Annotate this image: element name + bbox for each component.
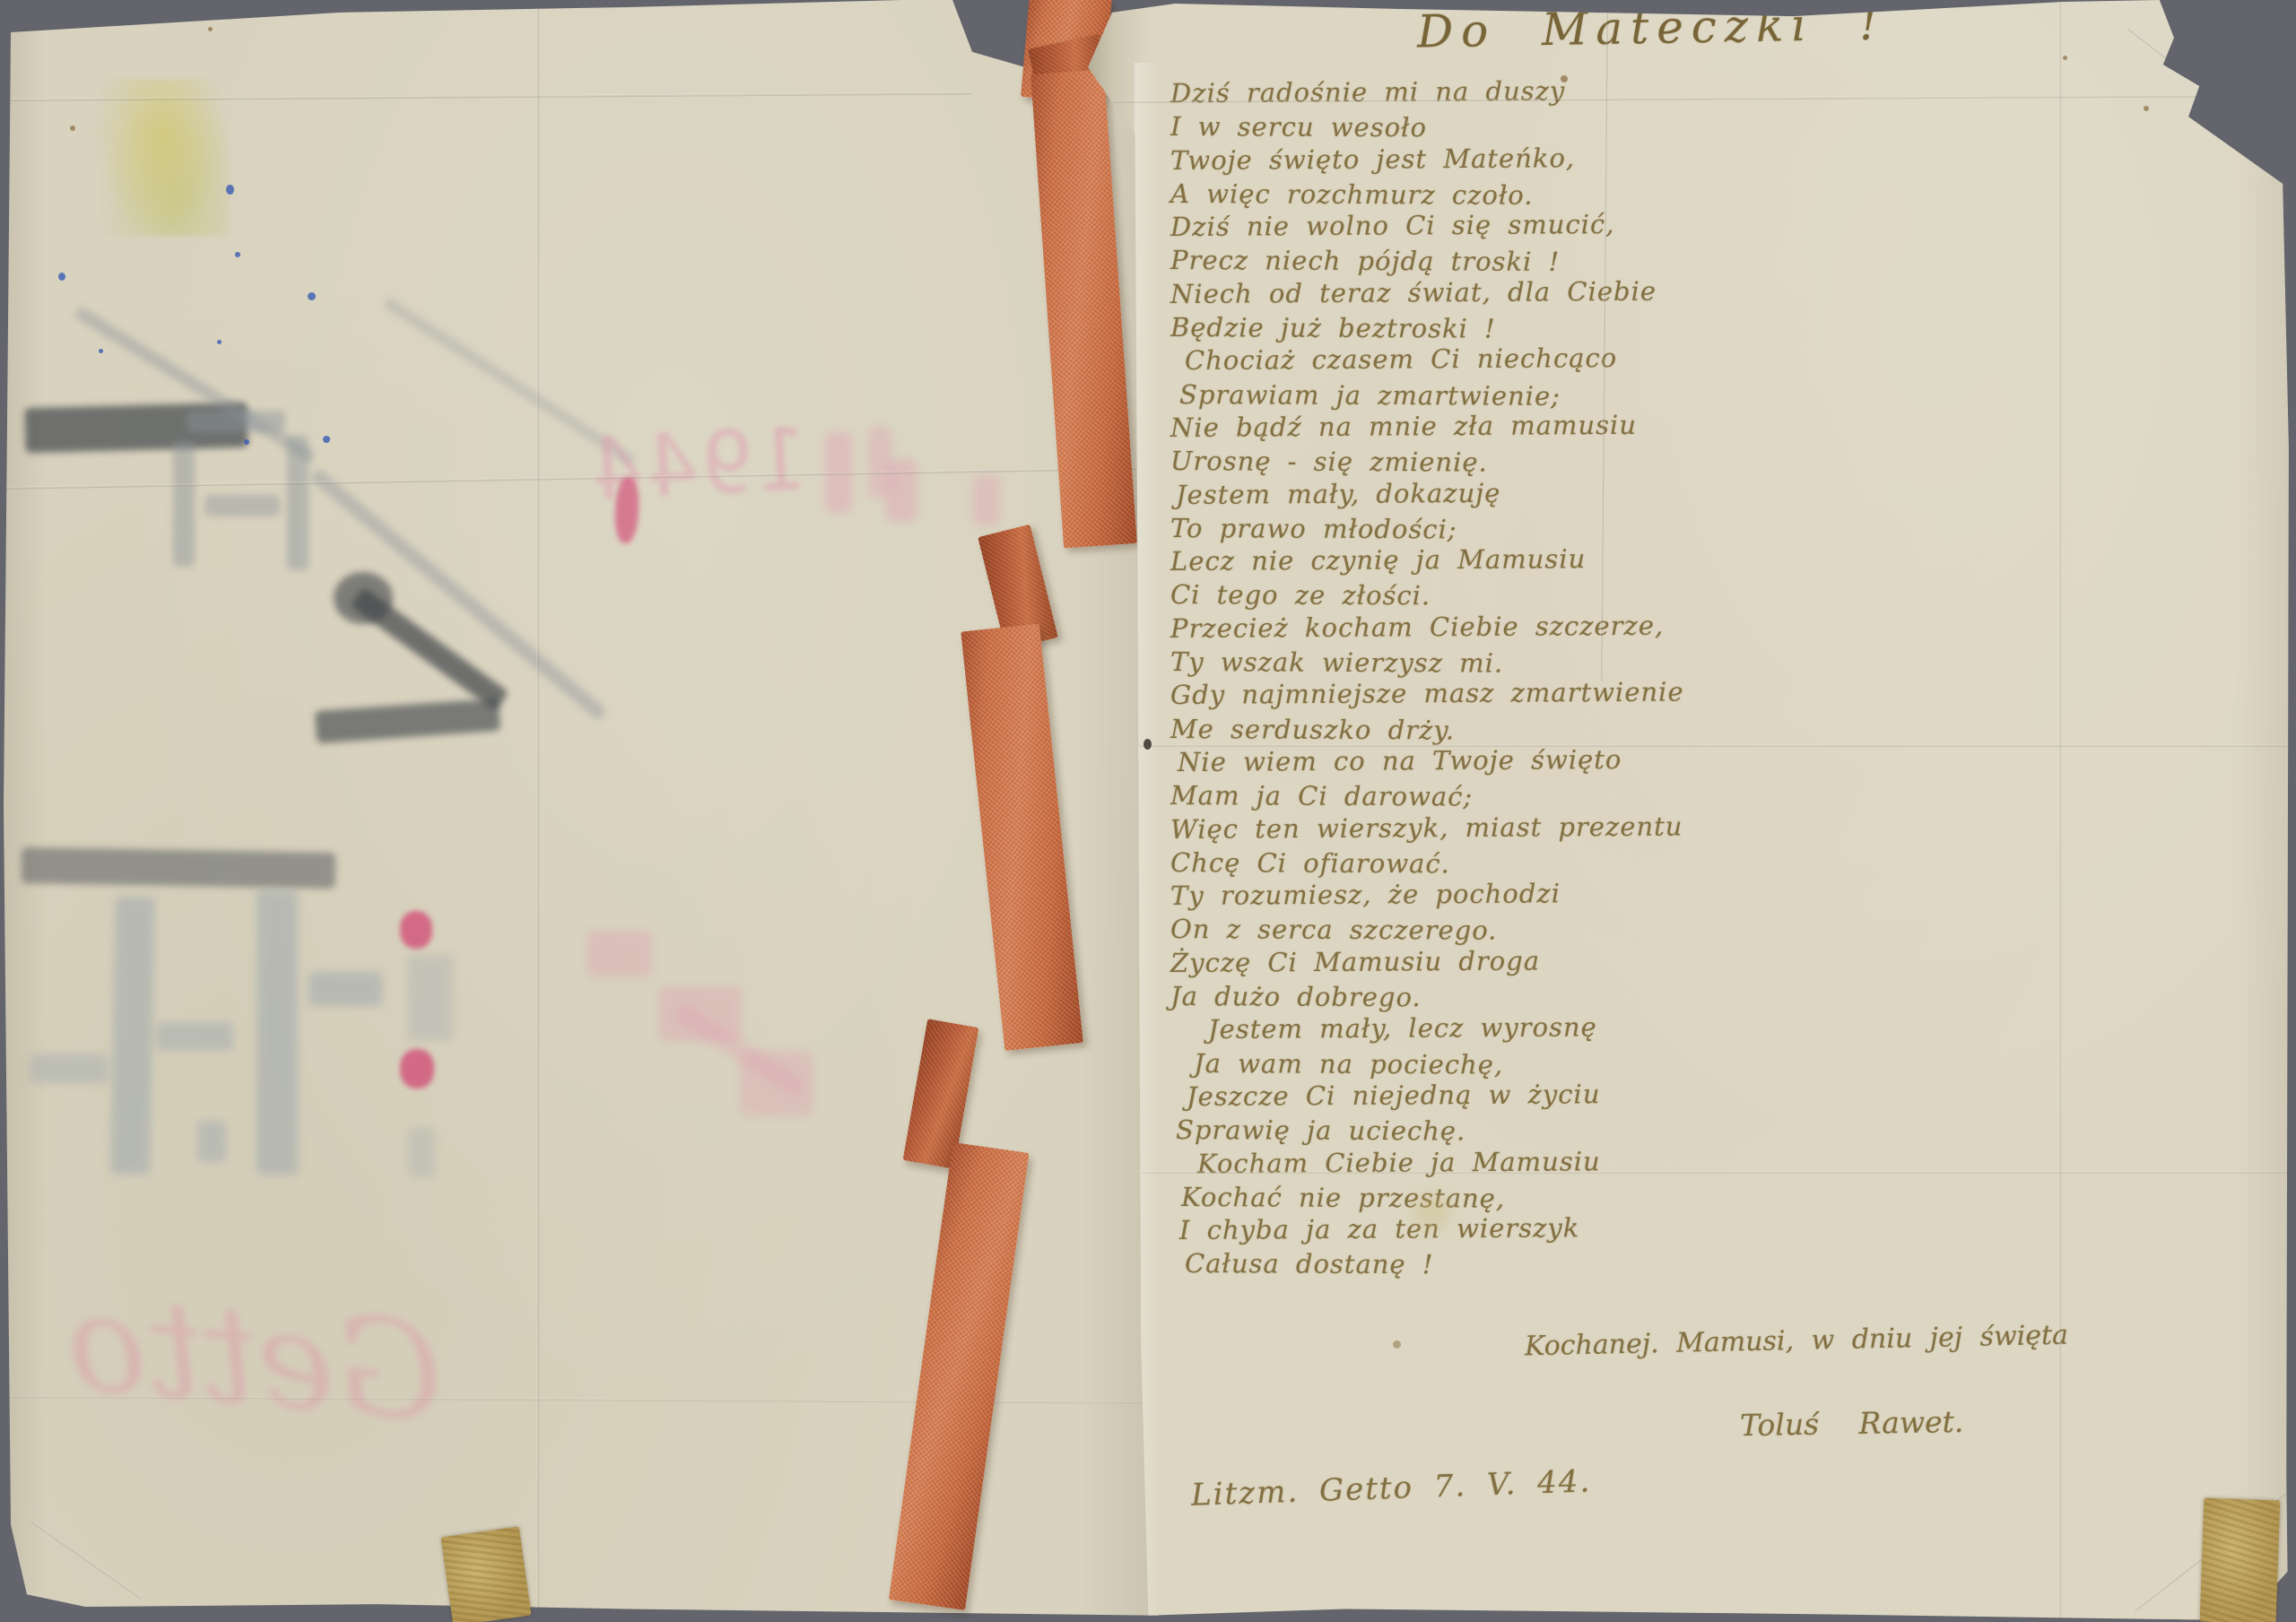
ink-speck (244, 439, 249, 445)
poem-line: Twoje święto jest Mateńko, (1170, 140, 1780, 177)
poem-line: Przecież kocham Ciebie szczerze, (1170, 609, 1780, 646)
yellow-stain (94, 79, 229, 236)
pink-blob (587, 931, 652, 977)
poem-line: Nie bądź na mnie zła mamusiu (1170, 408, 1780, 445)
crimson-dot (400, 1049, 434, 1089)
poem-line: I chyba ja za ten wierszyk (1179, 1210, 1780, 1247)
stencil-bar (156, 1022, 233, 1051)
pink-mark (973, 475, 1000, 525)
poem-line: Jeszcze Ci niejedną w życiu (1187, 1077, 1780, 1114)
right-page: Do Mateczki ! Dziś radośnie mi na duszyI… (1088, 0, 2296, 1622)
stencil-bar (309, 972, 382, 1006)
paper-speck (2063, 56, 2067, 60)
stencil-bar (257, 889, 298, 1175)
ink-speck (58, 273, 65, 281)
poem-line: Jestem mały, dokazuję (1176, 474, 1780, 511)
paper-speck (70, 126, 75, 131)
dateline: Litzm. Getto 7. V. 44. (1190, 1463, 1591, 1514)
poem-line: Chociaż czasem Ci niechcąco (1185, 341, 1780, 377)
ink-speck (235, 252, 240, 257)
ink-speck (226, 185, 234, 195)
sketch-stroke (334, 572, 393, 624)
mirrored-getto-stencil: Getto (67, 1280, 444, 1585)
page-title: Do Mateczki ! (1417, 0, 1886, 58)
poem-line: Nie wiem co na Twoje święto (1178, 742, 1780, 779)
poem-line: Dziś radośnie mi na duszy (1170, 74, 1780, 110)
poem-line: Niech od teraz świat, dla Ciebie (1170, 274, 1780, 311)
ink-speck (323, 436, 330, 443)
sketch-stroke (173, 441, 195, 567)
poem-line: Lecz nie czynię ja Mamusiu (1170, 542, 1780, 578)
sketch-stroke (315, 698, 500, 743)
paper-speck (1561, 75, 1568, 82)
crimson-dot (400, 911, 432, 949)
poem-line: Ty rozumiesz, że pochodzi (1170, 876, 1780, 913)
crease-line (1124, 744, 2296, 747)
stencil-bar (110, 897, 154, 1175)
crease-line (536, 0, 539, 1622)
poem-line: Jestem mały, lecz wyrosnę (1208, 1010, 1780, 1046)
poem-line: Gdy najmniejsze masz zmartwienie (1170, 675, 1780, 712)
stencil-bar (408, 1128, 435, 1177)
sketch-stroke (383, 297, 637, 467)
tape-bottom-left (440, 1526, 531, 1622)
dedication-line: Kochanej. Mamusi, w dniu jej święta (1525, 1320, 2069, 1363)
poem-body: Dziś radośnie mi na duszyI w sercu wesoł… (1170, 77, 1780, 1281)
crimson-stencil-core (613, 476, 640, 543)
paper-speck (208, 27, 213, 31)
sketch-stroke (287, 436, 309, 570)
stencil-bar (408, 955, 453, 1040)
fold-spot (1144, 739, 1152, 750)
pink-mark (886, 459, 917, 522)
paper-speck (1393, 1340, 1401, 1349)
stencil-bar (197, 1121, 226, 1162)
ink-speck (217, 340, 222, 344)
poem-line: Całusa dostanę ! (1185, 1247, 1780, 1283)
signature: Toluś Rawet. (1740, 1404, 1964, 1443)
stencil-bar (30, 1054, 108, 1083)
poem-line: Dziś nie wolno Ci się smucić, (1170, 207, 1780, 244)
poem-line: Kocham Ciebie ja Mamusiu (1197, 1144, 1780, 1181)
stencil-word-text: Getto (61, 1264, 449, 1453)
paper-speck (2144, 106, 2149, 111)
sketch-stroke (187, 411, 285, 432)
ink-speck (99, 349, 103, 353)
crease-line (2058, 0, 2061, 1622)
sketch-stroke (22, 847, 336, 889)
poem-line: Życzę Ci Mamusiu droga (1170, 943, 1780, 980)
ink-speck (308, 292, 316, 300)
sketch-stroke (204, 495, 280, 516)
archival-scan-backdrop: 1944 Getto (0, 0, 2296, 1622)
crease-line (1142, 1171, 2296, 1174)
tape-bottom-right (2200, 1498, 2281, 1622)
soft-stain (1413, 1194, 1449, 1230)
crease-line (30, 1520, 143, 1599)
poem-line: Więc ten wierszyk, miast prezentu (1170, 809, 1780, 846)
